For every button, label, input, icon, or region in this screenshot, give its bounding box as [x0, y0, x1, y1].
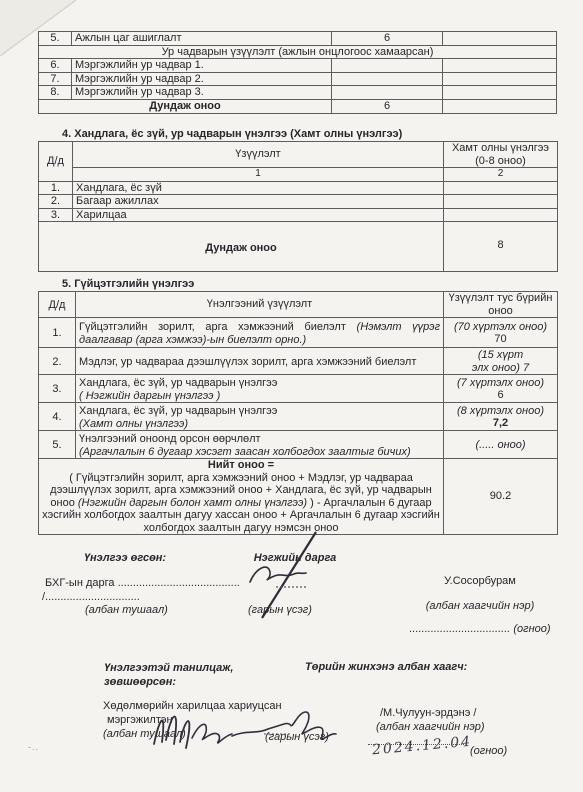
score-value: 6: [447, 389, 554, 402]
date-dotted-line: [368, 744, 464, 745]
score-cell: (8 хүртэлх оноо) 7,2: [444, 403, 558, 431]
handwritten-date: 2024.12.04: [371, 734, 472, 759]
row-number-cell: 4.: [39, 403, 76, 431]
indicator-text: Үнэлгээний оноонд орсон өөрчлөлт: [79, 433, 261, 445]
name-caption: (албан хаагчийн нэр): [376, 721, 485, 733]
score-limit: (15 хүрт: [447, 349, 554, 362]
indicator-cell: Харилцаа: [73, 208, 444, 222]
score-cell: [444, 181, 558, 195]
table-row: Ур чадварын үзүүлэлт (ажлын онцлогоос ха…: [39, 45, 557, 59]
table-row: 5. Ажлын цаг ашиглалт 6: [39, 32, 557, 46]
row-number-cell: 1.: [39, 181, 73, 195]
column-number-row: 1 2: [39, 168, 558, 182]
row-number-cell: 6.: [39, 59, 72, 73]
column-header-score: Хамт олны үнэлгээ (0-8 оноо): [444, 142, 558, 168]
score-limit: (..... оноо): [447, 439, 554, 452]
indicator-cell: Үнэлгээний оноонд орсон өөрчлөлт (Аргачл…: [76, 431, 444, 459]
column-header-score-line2: (0-8 оноо): [447, 155, 554, 168]
indicator-cell: Ажлын цаг ашиглалт: [72, 32, 332, 46]
score-cell: [332, 86, 443, 100]
indicator-cell: Мэргэжлийн ур чадвар 1.: [72, 59, 332, 73]
column-number-score: 2: [444, 168, 558, 182]
table-row: 5. Үнэлгээний оноонд орсон өөрчлөлт (Арг…: [39, 431, 558, 459]
column-header-score: Үзүүлэлт тус бүрийн оноо: [444, 292, 558, 318]
table-row: 2. Мэдлэг, ур чадвараа дээшлүүлэх зорилт…: [39, 348, 558, 375]
row-number-cell: 1.: [39, 318, 76, 348]
indicator-cell: Багаар ажиллах: [73, 195, 444, 209]
indicator-text: Гүйцэтгэлийн зорилт, арга хэмжээний биел…: [79, 321, 357, 333]
score-limit-line2: элх оноо) 7: [447, 362, 554, 375]
collective-evaluation-table: Д/д Үзүүлэлт Хамт олны үнэлгээ (0-8 оноо…: [38, 141, 558, 272]
empty-cell: [443, 72, 557, 86]
column-number-indicator: 1: [73, 168, 444, 182]
empty-cell: [443, 86, 557, 100]
score-cell: 6: [332, 32, 443, 46]
table-row: 1. Хандлага, ёс зүй: [39, 181, 558, 195]
total-score-cell: 90.2: [444, 459, 558, 535]
score-cell: [332, 59, 443, 73]
column-header-num: Д/д: [39, 292, 76, 318]
average-score-cell: 8: [444, 222, 558, 272]
average-row: Дундаж оноо 8: [39, 222, 558, 272]
table-row: 7. Мэргэжлийн ур чадвар 2.: [39, 72, 557, 86]
total-heading: Нийт оноо =: [42, 459, 440, 472]
row-number-cell: 8.: [39, 86, 72, 100]
section4-title: 4. Хандлага, ёс зүй, ур чадварын үнэлгээ…: [62, 128, 402, 140]
empty-cell: [443, 99, 557, 113]
average-score-cell: 6: [332, 99, 443, 113]
table-row: 4. Хандлага, ёс зүй, ур чадварын үнэлгээ…: [39, 403, 558, 431]
table-row: 1. Гүйцэтгэлийн зорилт, арга хэмжээний б…: [39, 318, 558, 348]
average-row: Дундаж оноо 6: [39, 99, 557, 113]
average-label-cell: Дундаж оноо: [39, 99, 332, 113]
column-header-score-line1: Хамт олны үнэлгээ: [447, 142, 554, 155]
row-number-cell: 3.: [39, 375, 76, 403]
score-cell: (..... оноо): [444, 431, 558, 459]
indicator-cell: Хандлага, ёс зүй: [73, 181, 444, 195]
performance-evaluation-table: Д/д Үнэлгээний үзүүлэлт Үзүүлэлт тус бүр…: [38, 291, 558, 535]
civil-servant-heading: Төрийн жинхэнэ албан хаагч:: [305, 661, 467, 673]
evaluated-name: У.Сосорбурам: [410, 575, 550, 587]
score-limit: (7 хүртэлх оноо): [447, 377, 554, 390]
date-line: ................................. (огноо…: [400, 623, 560, 635]
total-formula-text: ( Гүйцэтгэлийн зорилт, арга хэмжээний он…: [42, 472, 440, 535]
score-value: 7,2: [447, 417, 554, 430]
acknowledged-heading-line2: зөвшөөрсөн:: [104, 676, 176, 688]
indicator-cell: Мэргэжлийн ур чадвар 3.: [72, 86, 332, 100]
evaluator-position-line: БХГ-ын дарга ...........................…: [45, 577, 240, 589]
date-caption: (огноо): [470, 745, 507, 757]
average-label-cell: Дундаж оноо: [39, 222, 444, 272]
scan-artifact: -..: [28, 742, 39, 752]
civil-servant-name: /М.Чулуун-эрдэнэ /: [380, 707, 476, 719]
table-row: 8. Мэргэжлийн ур чадвар 3.: [39, 86, 557, 100]
score-limit: (8 хүртэлх оноо): [447, 405, 554, 418]
score-cell: [332, 72, 443, 86]
indicator-cell: Хандлага, ёс зүй, ур чадварын үнэлгээ ( …: [76, 375, 444, 403]
score-cell: (15 хүрт элх оноо) 7: [444, 348, 558, 375]
evaluator-slash-line: /...............................: [42, 591, 140, 603]
column-header-indicator: Үзүүлэлт: [73, 142, 444, 168]
name-caption: (албан хаагчийн нэр): [400, 600, 560, 612]
total-formula-cell: Нийт оноо = ( Гүйцэтгэлийн зорилт, арга …: [39, 459, 444, 535]
empty-cell: [443, 32, 557, 46]
signature-caption: (гарын үсэг): [265, 731, 329, 743]
signature-caption: (гарын үсэг): [248, 604, 312, 616]
skills-score-table: 5. Ажлын цаг ашиглалт 6 Ур чадварын үзүү…: [38, 31, 557, 114]
scanned-evaluation-form: 5. Ажлын цаг ашиглалт 6 Ур чадварын үзүү…: [0, 0, 583, 792]
score-cell: [444, 208, 558, 222]
score-limit: (70 хүртэлх оноо): [447, 321, 554, 334]
score-value: 70: [447, 333, 554, 346]
indicator-note: ( Нэгжийн даргын үнэлгээ ): [79, 390, 440, 403]
evaluator-heading: Үнэлгээ өгсөн:: [45, 552, 205, 564]
column-header-indicator: Үнэлгээний үзүүлэлт: [76, 292, 444, 318]
row-number-cell: 2.: [39, 195, 73, 209]
total-row: Нийт оноо = ( Гүйцэтгэлийн зорилт, арга …: [39, 459, 558, 535]
indicator-cell: Гүйцэтгэлийн зорилт, арга хэмжээний биел…: [76, 318, 444, 348]
section5-title: 5. Гүйцэтгэлийн үнэлгээ: [62, 278, 194, 290]
indicator-text: Хандлага, ёс зүй, ур чадварын үнэлгээ: [79, 377, 277, 389]
header-row: Д/д Үнэлгээний үзүүлэлт Үзүүлэлт тус бүр…: [39, 292, 558, 318]
row-number-cell: 7.: [39, 72, 72, 86]
total-formula-italic: (Нэгжийн даргын болон хамт олны үнэлгээ): [78, 497, 307, 509]
row-number-cell: 5.: [39, 431, 76, 459]
empty-cell: [443, 59, 557, 73]
row-number-cell: 5.: [39, 32, 72, 46]
score-cell: (70 хүртэлх оноо) 70: [444, 318, 558, 348]
position-caption: (албан тушаал): [85, 604, 168, 616]
indicator-note: (Хамт олны үнэлгээ): [79, 418, 440, 431]
column-header-num: Д/д: [39, 142, 73, 182]
indicator-text: Хандлага, ёс зүй, ур чадварын үнэлгээ: [79, 405, 277, 417]
table-row: 6. Мэргэжлийн ур чадвар 1.: [39, 59, 557, 73]
specialist-signature-icon: [146, 692, 346, 754]
score-cell: (7 хүртэлх оноо) 6: [444, 375, 558, 403]
indicator-note: (Аргачлалын 6 дугаар хэсэгт заасан холбо…: [79, 446, 440, 459]
row-number-cell: 3.: [39, 208, 73, 222]
acknowledged-heading-line1: Үнэлгээтэй танилцаж,: [104, 662, 233, 674]
indicator-text: Мэдлэг, ур чадвараа дээшлүүлэх зорилт, а…: [79, 356, 416, 368]
merged-subheader-cell: Ур чадварын үзүүлэлт (ажлын онцлогоос ха…: [39, 45, 557, 59]
indicator-cell: Хандлага, ёс зүй, ур чадварын үнэлгээ (Х…: [76, 403, 444, 431]
row-number-cell: 2.: [39, 348, 76, 375]
indicator-cell: Мэдлэг, ур чадвараа дээшлүүлэх зорилт, а…: [76, 348, 444, 375]
score-cell: [444, 195, 558, 209]
indicator-cell: Мэргэжлийн ур чадвар 2.: [72, 72, 332, 86]
header-row: Д/д Үзүүлэлт Хамт олны үнэлгээ (0-8 оноо…: [39, 142, 558, 168]
table-row: 3. Хандлага, ёс зүй, ур чадварын үнэлгээ…: [39, 375, 558, 403]
table-row: 3. Харилцаа: [39, 208, 558, 222]
table-row: 2. Багаар ажиллах: [39, 195, 558, 209]
